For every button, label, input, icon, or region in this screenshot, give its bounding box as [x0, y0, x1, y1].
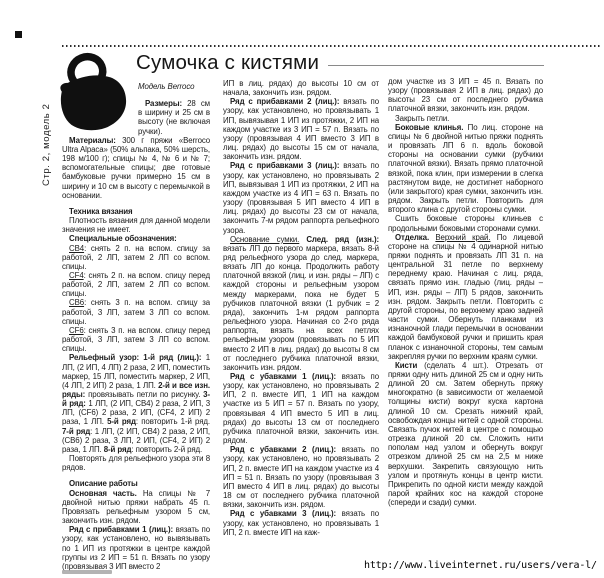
paragraph: CF6: снять 3 п. на вспом. спицу перед ра… [62, 326, 210, 353]
paragraph: Основание сумки. След. ряд (изн.): вязат… [223, 235, 379, 372]
paragraph: Кисти (сделать 4 шт.). Отрезать от пряжи… [388, 361, 543, 508]
paragraph: Плотность вязания для данной модели знач… [62, 216, 210, 234]
paragraph: Закрыть петли. [388, 114, 543, 123]
heading: Описание работы [62, 479, 210, 488]
cropped-text-artifact [62, 570, 112, 574]
title-row: Сумочка с кистями [136, 51, 544, 75]
paragraph: Боковые клинья. По лиц. стороне на спицы… [388, 123, 543, 215]
text-column-1: Модель BerrocoРазмеры: 28 см в ширину и … [62, 82, 210, 574]
paragraph: Ряд с убавками 2 (лиц.): вязать по узору… [223, 445, 379, 509]
watermark-url: http://www.liveinternet.ru/users/vera-l/ [364, 560, 597, 571]
heading: Техника вязания [62, 207, 210, 216]
paragraph: Ряд с убавками 1 (лиц.): вязать по узору… [223, 372, 379, 445]
paragraph: Рельефный узор: 1-й ряд (лиц.): 1 ЛП, (2… [62, 353, 210, 454]
paragraph: Повторять для рельефного узора эти 8 ряд… [62, 454, 210, 472]
paragraph: CB4: снять 2 п. на вспом. спицу за работ… [62, 244, 210, 271]
paragraph: Специальные обозначения: [62, 234, 210, 243]
dotted-border [62, 45, 602, 47]
title-rule [328, 65, 544, 67]
paragraph: Сшить боковые стороны клиньев с продольн… [388, 214, 543, 232]
page-margin-label: Стр. 2, модель 2 [41, 104, 52, 186]
image-wrap-spacer [62, 82, 138, 134]
text-column-3: дом участке из 3 ИП = 45 п. Вязать по уз… [388, 77, 543, 563]
corner-mark [15, 31, 22, 38]
paragraph: Ряд с убавками 3 (лиц.): вязать по узору… [223, 509, 379, 536]
paragraph: дом участке из 3 ИП = 45 п. Вязать по уз… [388, 77, 543, 114]
paragraph: Ряд с прибавками 1 (лиц.): вязать по узо… [62, 525, 210, 571]
paragraph: Ряд с прибавками 2 (лиц.): вязать по узо… [223, 97, 379, 161]
paragraph: CF4: снять 2 п. на вспом. спицу перед ра… [62, 271, 210, 298]
text-column-2: ИП в лиц. рядах) до высоты 10 см от нача… [223, 79, 379, 565]
paragraph: Материалы: 300 г пряжи «Berroco Ultra Al… [62, 136, 210, 200]
paragraph: CB6: снять 3 п. на вспом. спицу за работ… [62, 298, 210, 325]
paragraph: Отделка. Верхний край. По лицевой сторон… [388, 233, 543, 361]
paragraph: Основная часть. На спицы № 7 двойной нит… [62, 489, 210, 526]
page-title: Сумочка с кистями [136, 51, 319, 75]
paragraph: Ряд с прибавками 3 (лиц.): вязать по узо… [223, 161, 379, 234]
magazine-page: Стр. 2, модель 2 Сумочка с кистями Модел… [0, 0, 604, 578]
paragraph: ИП в лиц. рядах) до высоты 10 см от нача… [223, 79, 379, 97]
